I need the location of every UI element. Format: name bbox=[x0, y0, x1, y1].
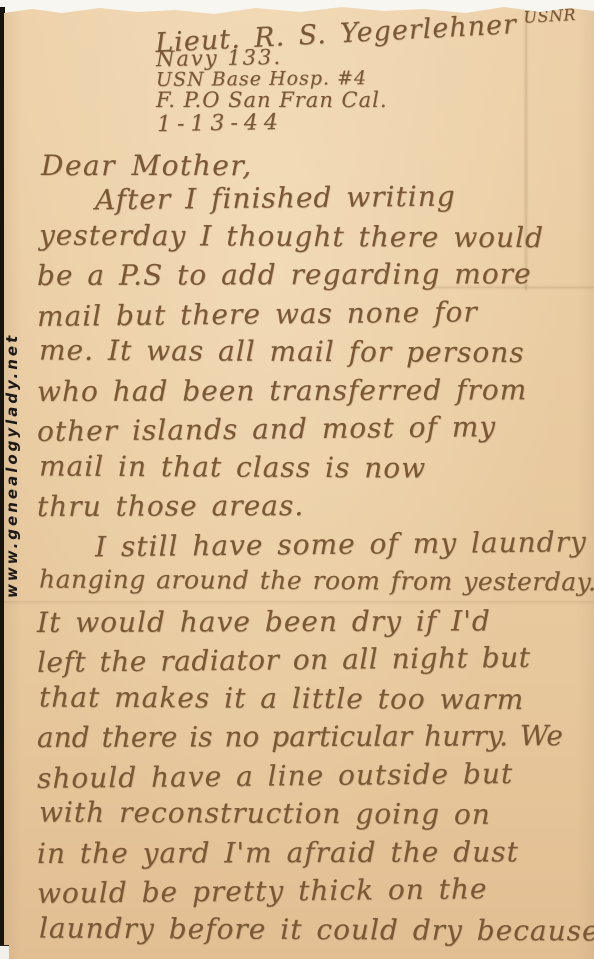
scan-corner-notch bbox=[0, 945, 9, 959]
letter-line: be a P.S to add regarding more bbox=[37, 257, 594, 297]
watermark: www.genealogylady.net bbox=[3, 333, 21, 598]
letter-page: Lieut. R. S. YegerlehnerUSNR Navy 133. U… bbox=[4, 0, 594, 959]
letter-line: thru those areas. bbox=[37, 488, 594, 528]
letter-line: in the yard I'm afraid the dust bbox=[37, 835, 594, 875]
letter-line: laundry before it could dry because bbox=[39, 911, 594, 952]
letter-line: me. It was all mail for persons bbox=[39, 334, 594, 375]
letter-line: mail but there was none for bbox=[37, 294, 594, 338]
letter-line: who had been transferred from bbox=[37, 373, 594, 413]
sender-rank-suffix: USNR bbox=[523, 5, 576, 27]
letter-line: mail in that class is now bbox=[39, 449, 594, 490]
letter-line: other islands and most of my bbox=[37, 409, 594, 453]
salutation: Dear Mother, bbox=[41, 149, 253, 182]
letter-line: yesterday I thought there would bbox=[39, 218, 594, 259]
scanned-letter: Lieut. R. S. YegerlehnerUSNR Navy 133. U… bbox=[0, 0, 594, 959]
letter-line: should have a line outside but bbox=[37, 756, 594, 800]
letter-date: 1-13-44 bbox=[157, 110, 284, 137]
letter-line: It would have been dry if I'd bbox=[37, 604, 594, 644]
letter-line: left the radiator on all night but bbox=[37, 640, 594, 684]
letter-line: and there is no particular hurry. We bbox=[37, 719, 594, 759]
letter-line: hanging around the room from yesterday. bbox=[39, 565, 594, 606]
letter-line: would be pretty thick on the bbox=[37, 871, 594, 915]
letter-body: After I finished writing yesterday I tho… bbox=[37, 181, 594, 951]
letter-line: that makes it a little too warm bbox=[39, 680, 594, 721]
letter-line: After I finished writing bbox=[37, 178, 594, 222]
letter-line: with reconstruction going on bbox=[39, 796, 594, 837]
letter-line: I still have some of my laundry bbox=[37, 525, 594, 569]
sender-post-office: F. P.O San Fran Cal. bbox=[156, 88, 388, 112]
